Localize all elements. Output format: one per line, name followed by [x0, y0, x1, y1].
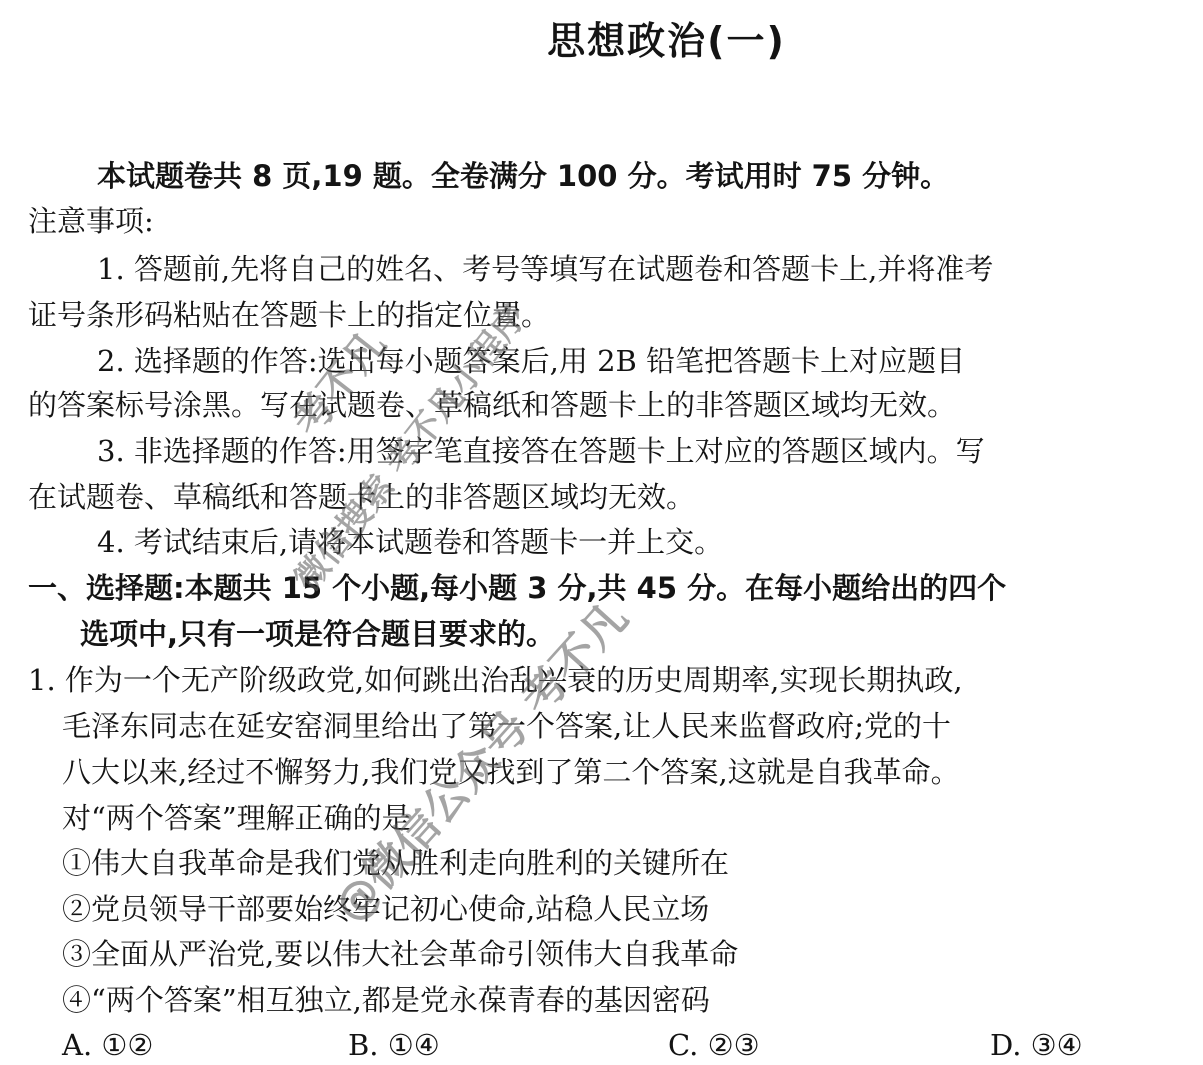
question1-statement-2: ②党员领导干部要始终牢记初心使命,站稳人民立场 [62, 889, 709, 929]
note-line-6: 在试题卷、草稿纸和答题卡上的非答题区域均无效。 [28, 477, 695, 517]
question1-statement-3: ③全面从严治党,要以伟大社会革命引领伟大自我革命 [62, 934, 738, 974]
option-d: D. ③④ [990, 1025, 1083, 1065]
note-line-3: 2. 选择题的作答:选出每小题答案后,用 2B 铅笔把答题卡上对应题目 [97, 341, 965, 381]
note-line-2: 证号条形码粘贴在答题卡上的指定位置。 [28, 295, 550, 335]
question1-stem-line-3: 八大以来,经过不懈努力,我们党又找到了第二个答案,这就是自我革命。 [62, 752, 960, 792]
question1-statement-1: ①伟大自我革命是我们党从胜利走向胜利的关键所在 [62, 843, 729, 883]
section-heading-line-2: 选项中,只有一项是符合题目要求的。 [80, 614, 555, 654]
section-heading-line-1: 一、选择题:本题共 15 个小题,每小题 3 分,共 45 分。在每小题给出的四… [28, 568, 1006, 608]
question1-statement-4: ④“两个答案”相互独立,都是党永葆青春的基因密码 [62, 980, 710, 1020]
note-line-1: 1. 答题前,先将自己的姓名、考号等填写在试题卷和答题卡上,并将准考 [97, 249, 993, 289]
option-a: A. ①② [62, 1025, 153, 1065]
page-title: 思想政治(一) [0, 10, 1203, 65]
question1-stem-line-2: 毛泽东同志在延安窑洞里给出了第一个答案,让人民来监督政府;党的十 [62, 706, 951, 746]
question1-stem-line-4: 对“两个答案”理解正确的是 [62, 798, 411, 838]
option-b: B. ①④ [348, 1025, 440, 1065]
exam-page: 思想政治(一) 本试题卷共 8 页,19 题。全卷满分 100 分。考试用时 7… [0, 0, 1203, 1065]
note-line-4: 的答案标号涂黑。写在试题卷、草稿纸和答题卡上的非答题区域均无效。 [28, 385, 956, 425]
notes-heading: 注意事项: [28, 201, 154, 241]
note-line-5: 3. 非选择题的作答:用签字笔直接答在答题卡上对应的答题区域内。写 [97, 431, 985, 471]
note-line-7: 4. 考试结束后,请将本试题卷和答题卡一并上交。 [97, 522, 723, 562]
watermark-brand: 考不凡 [278, 316, 397, 446]
option-c: C. ②③ [668, 1025, 760, 1065]
exam-info: 本试题卷共 8 页,19 题。全卷满分 100 分。考试用时 75 分钟。 [97, 156, 949, 196]
question1-stem-line-1: 1. 作为一个无产阶级政党,如何跳出治乱兴衰的历史周期率,实现长期执政, [28, 660, 963, 700]
